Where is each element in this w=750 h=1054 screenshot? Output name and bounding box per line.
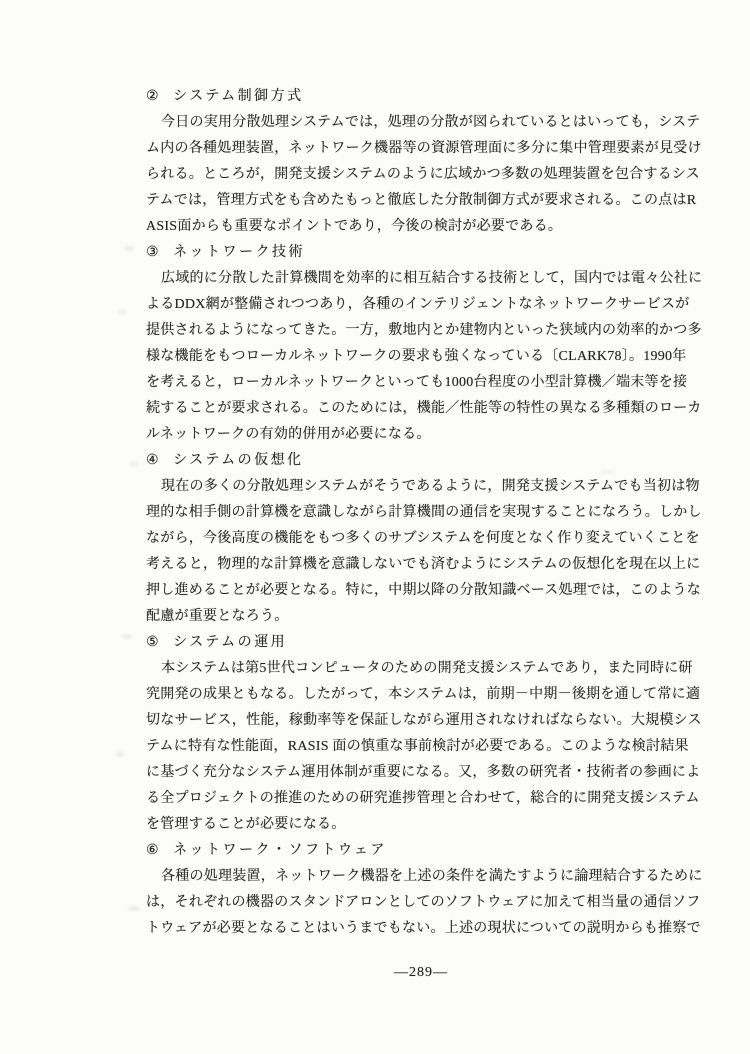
text-line: 配慮が重要となろう。 <box>146 604 696 630</box>
text-line: 現在の多くの分散処理システムがそうであるように，開発支援システムでも当初は物 <box>146 474 696 500</box>
section-title: システムの仮想化 <box>173 453 304 468</box>
text-line: トウェアが必要となることはいうまでもない。上述の現状についての説明からも推察で <box>146 916 696 942</box>
section-number-marker: ③ <box>146 240 159 266</box>
section-number-marker: ④ <box>146 448 159 474</box>
section-heading: ⑥ネットワーク・ソフトウェア <box>146 838 696 864</box>
section-title: ネットワーク・ソフトウェア <box>173 843 387 858</box>
text-line: 究開発の成果ともなる。したがって，本システムは，前期－中期－後期を通して常に適 <box>146 682 696 708</box>
page-content: ②システム制御方式今日の実用分散処理システムでは，処理の分散が図られているとはい… <box>146 84 696 942</box>
section-number-marker: ② <box>146 84 159 110</box>
text-line: る全プロジェクトの推進のための研究進捗管理と合わせて，総合的に開発支援システム <box>146 786 696 812</box>
scan-artifact <box>124 246 134 251</box>
scan-artifact <box>130 462 139 466</box>
section-number-marker: ⑤ <box>146 630 159 656</box>
text-line: ASIS面からも重要なポイントであり，今後の検討が必要である。 <box>146 214 696 240</box>
text-line: 押し進めることが必要となる。特に，中期以降の分散知識ベース処理では，このような <box>146 578 696 604</box>
text-line: 各種の処理装置，ネットワーク機器を上述の条件を満たすように論理結合するために <box>146 864 696 890</box>
document-page: ②システム制御方式今日の実用分散処理システムでは，処理の分散が図られているとはい… <box>0 0 750 1054</box>
scan-artifact <box>122 634 132 639</box>
section-title: ネットワーク技術 <box>173 245 305 260</box>
page-number: —289— <box>146 960 696 986</box>
text-line: 続することが要求される。このためには，機能／性能等の特性の異なる多種類のローカ <box>146 396 696 422</box>
text-line: を管理することが必要になる。 <box>146 812 696 838</box>
section-title: システム制御方式 <box>173 89 304 104</box>
text-line: 理的な相手側の計算機を意識しながら計算機間の通信を実現することになろう。しかし <box>146 500 696 526</box>
text-line: ルネットワークの有効的併用が必要になる。 <box>146 422 696 448</box>
scan-artifact <box>600 470 614 474</box>
section-heading: ②システム制御方式 <box>146 84 696 110</box>
text-line: 今日の実用分散処理システムでは，処理の分散が図られているとはいっても，システ <box>146 110 696 136</box>
text-line: は，それぞれの機器のスタンドアロンとしてのソフトウェアに加えて相当量の通信ソフ <box>146 890 696 916</box>
section-title: システムの運用 <box>173 635 287 650</box>
text-line: 切なサービス，性能，稼動率等を保証しながら運用されなければならない。大規模シス <box>146 708 696 734</box>
text-line: ム内の各種処理装置，ネットワーク機器等の資源管理面に多分に集中管理要素が見受け <box>146 136 696 162</box>
section-heading: ④システムの仮想化 <box>146 448 696 474</box>
text-line: 様な機能をもつローカルネットワークの要求も強くなっている〔CLARK78〕。19… <box>146 344 696 370</box>
scan-artifact <box>118 310 126 314</box>
text-line: 提供されるようになってきた。一方，敷地内とか建物内といった狭域内の効率的かつ多 <box>146 318 696 344</box>
section-heading: ⑤システムの運用 <box>146 630 696 656</box>
section-number-marker: ⑥ <box>146 838 159 864</box>
text-line: 広域的に分散した計算機間を効率的に相互結合する技術として，国内では電々公社に <box>146 266 696 292</box>
text-line: を考えると，ローカルネットワークといっても1000台程度の小型計算機／端末等を接 <box>146 370 696 396</box>
scan-artifact <box>116 752 124 756</box>
text-line: られる。ところが，開発支援システムのように広域かつ多数の処理装置を包合するシス <box>146 162 696 188</box>
text-line: に基づく充分なシステム運用体制が重要になる。又，多数の研究者・技術者の参画によ <box>146 760 696 786</box>
text-line: 本システムは第5世代コンピュータのための開発支援システムであり，また同時に研 <box>146 656 696 682</box>
text-line: テムに特有な性能面，RASIS 面の慎重な事前検討が必要である。このような検討結… <box>146 734 696 760</box>
text-line: ながら，今後高度の機能をもつ多くのサブシステムを何度となく作り変えていくことを <box>146 526 696 552</box>
text-line: テムでは，管理方式をも含めたもっと徹底した分散制御方式が要求される。この点はR <box>146 188 696 214</box>
text-line: 考えると，物理的な計算機を意識しないでも済むようにシステムの仮想化を現在以上に <box>146 552 696 578</box>
scan-artifact <box>128 906 140 911</box>
text-line: よるDDX網が整備されつつあり，各種のインテリジェントなネットワークサービスが <box>146 292 696 318</box>
section-heading: ③ネットワーク技術 <box>146 240 696 266</box>
